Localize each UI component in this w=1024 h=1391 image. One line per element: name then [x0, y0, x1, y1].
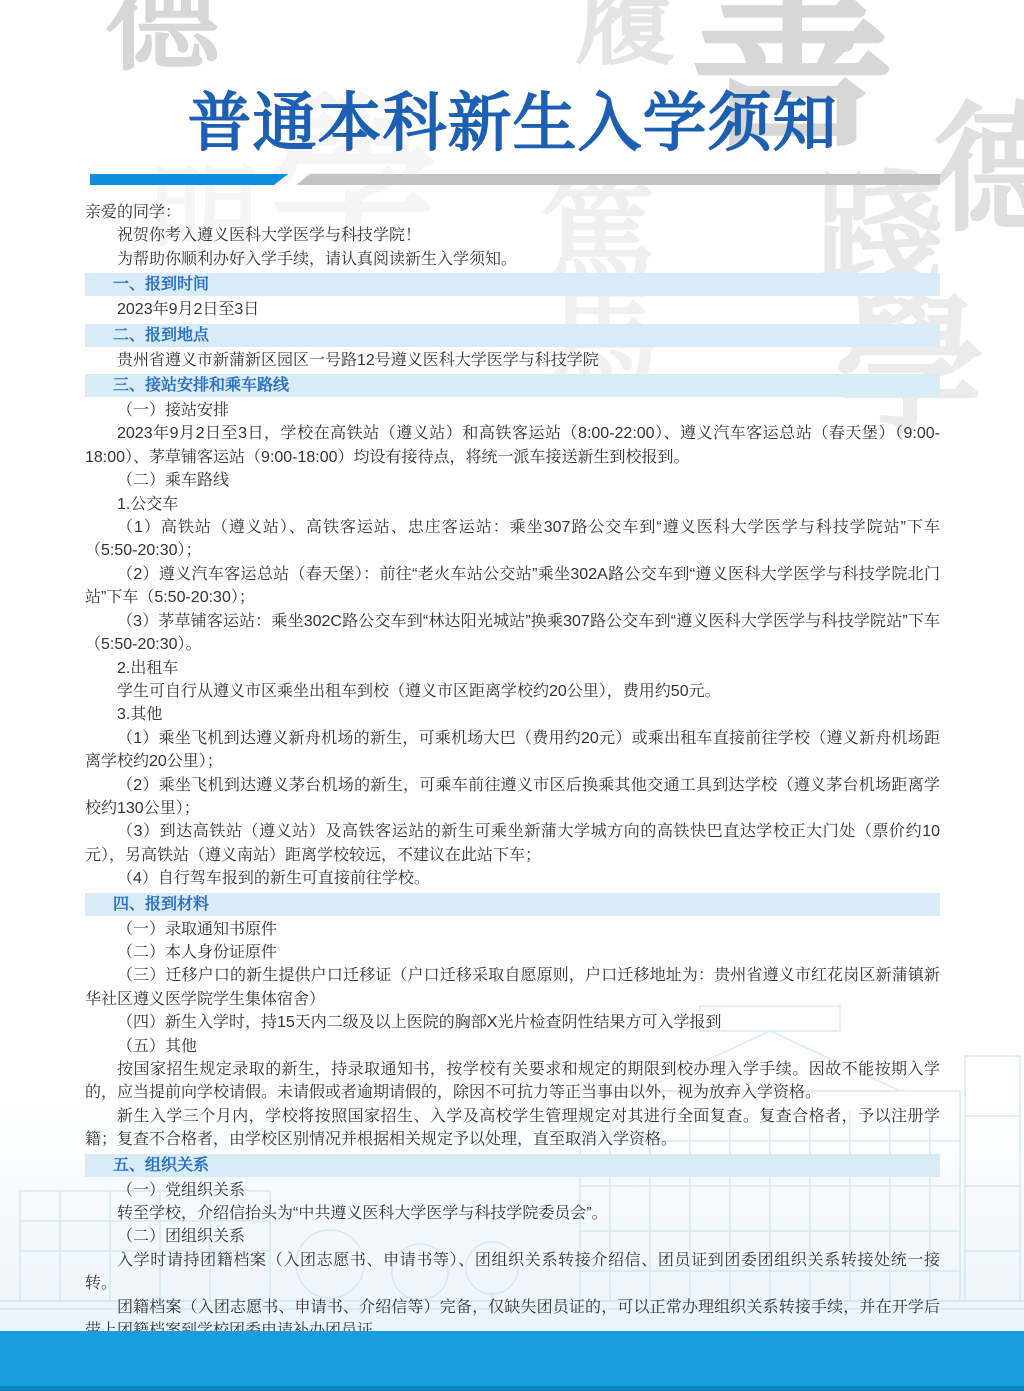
intro-line: 为帮助你顺利办好入学手续，请认真阅读新生入学须知。 — [85, 248, 940, 271]
paragraph: （一）录取通知书原件 — [85, 918, 940, 941]
paragraph: （二）团组织关系 — [85, 1225, 940, 1248]
paragraph: （3）到达高铁站（遵义站）及高铁客运站的新生可乘坐新蒲大学城方向的高铁快巴直达学… — [85, 820, 940, 867]
paragraph: （1）乘坐飞机到达遵义新舟机场的新生，可乘机场大巴（费用约20元）或乘出租车直接… — [85, 727, 940, 774]
salutation: 亲爱的同学： — [85, 201, 940, 224]
paragraph: 学生可自行从遵义市区乘坐出租车到校（遵义市区距离学校约20公里），费用约50元。 — [85, 680, 940, 703]
paragraph: （二）本人身份证原件 — [85, 941, 940, 964]
notice-page: 德 履 善 德 篤 踐 學 明 馬 學 — [0, 0, 1024, 1391]
paragraph: （五）其他 — [85, 1035, 940, 1058]
paragraph: 3.其他 — [85, 703, 940, 726]
paragraph: 2023年9月2日至3日，学校在高铁站（遵义站）和高铁客运站（8:00-22:0… — [85, 422, 940, 469]
page-title: 普通本科新生入学须知 — [85, 88, 940, 160]
paragraph: 2.出租车 — [85, 657, 940, 680]
paragraph: （四）新生入学时，持15天内二级及以上医院的胸部X光片检查阴性结果方可入学报到 — [85, 1011, 940, 1034]
divider-gray-segment — [296, 174, 940, 185]
paragraph: 入学时请持团籍档案（入团志愿书、申请书等）、团组织关系转接介绍信、团员证到团委团… — [85, 1249, 940, 1296]
section-heading-arrival-location: 二、报到地点 — [85, 324, 940, 347]
paragraph: （2）乘坐飞机到达遵义茅台机场的新生，可乘车前往遵义市区后换乘其他交通工具到达学… — [85, 774, 940, 821]
paragraph: （3）茅草铺客运站：乘坐302C路公交车到“林达阳光城站”换乘307路公交车到“… — [85, 610, 940, 657]
intro-line: 祝贺你考入遵义医科大学医学与科技学院！ — [85, 224, 940, 247]
paragraph: （1）高铁站（遵义站）、高铁客运站、忠庄客运站：乘坐307路公交车到“遵义医科大… — [85, 516, 940, 563]
paragraph: 贵州省遵义市新蒲新区园区一号路12号遵义医科大学医学与科技学院 — [85, 349, 940, 372]
paragraph: （2）遵义汽车客运总站（春天堡）：前往“老火车站公交站”乘坐302A路公交车到“… — [85, 563, 940, 610]
title-divider — [85, 174, 940, 185]
paragraph: （一）接站安排 — [85, 399, 940, 422]
divider-blue-segment — [90, 174, 288, 185]
document-content: 普通本科新生入学须知 亲爱的同学： 祝贺你考入遵义医科大学医学与科技学院！ 为帮… — [85, 0, 940, 1342]
section-heading-pickup-routes: 三、接站安排和乘车路线 — [85, 374, 940, 397]
paragraph: 按国家招生规定录取的新生，持录取通知书，按学校有关要求和规定的期限到校办理入学手… — [85, 1058, 940, 1105]
paragraph: （4）自行驾车报到的新生可直接前往学校。 — [85, 867, 940, 890]
section-heading-arrival-time: 一、报到时间 — [85, 273, 940, 296]
section-heading-registration-materials: 四、报到材料 — [85, 893, 940, 916]
paragraph: 1.公交车 — [85, 493, 940, 516]
paragraph: 2023年9月2日至3日 — [85, 298, 940, 321]
paragraph: （三）迁移户口的新生提供户口迁移证（户口迁移采取自愿原则，户口迁移地址为：贵州省… — [85, 964, 940, 1011]
bottom-blue-bar — [0, 1331, 1024, 1391]
watermark-character: 德 — [933, 100, 1024, 240]
paragraph: 转至学校，介绍信抬头为“中共遵义医科大学医学与科技学院委员会”。 — [85, 1202, 940, 1225]
paragraph: （二）乘车路线 — [85, 469, 940, 492]
section-heading-organization-relations: 五、组织关系 — [85, 1154, 940, 1177]
paragraph: （一）党组织关系 — [85, 1179, 940, 1202]
paragraph: 新生入学三个月内，学校将按照国家招生、入学及高校学生管理规定对其进行全面复查。复… — [85, 1105, 940, 1152]
